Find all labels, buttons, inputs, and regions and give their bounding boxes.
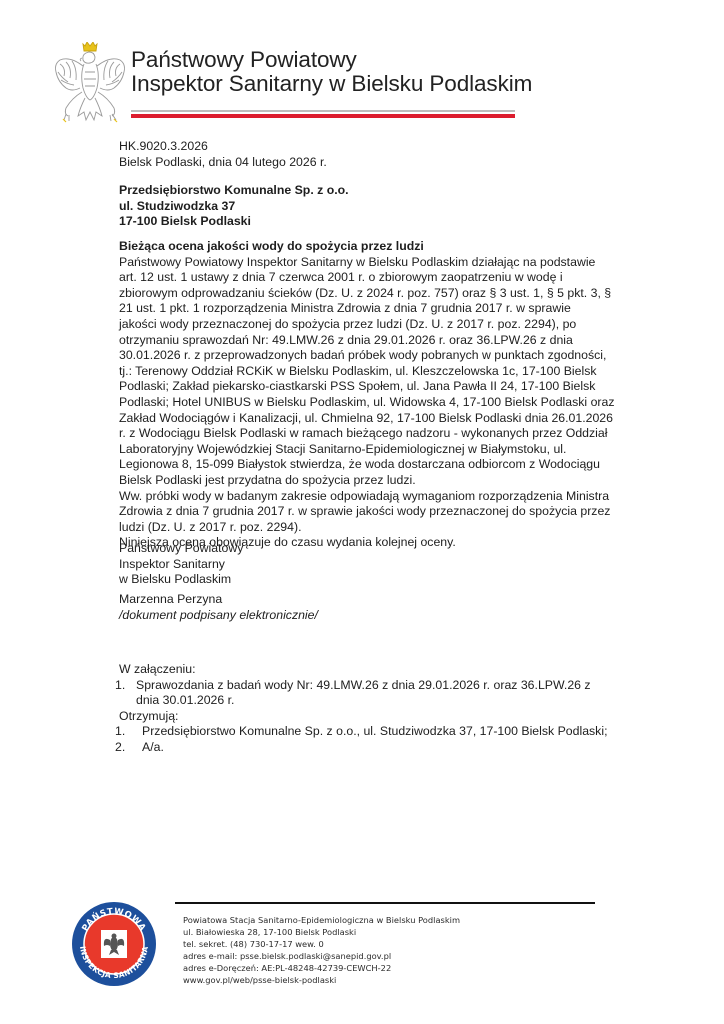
footer-line: adres e-mail: psse.bielsk.podlaski@sanep… bbox=[183, 950, 460, 962]
distribution-text: A/a. bbox=[119, 740, 607, 756]
letter-body: Bieżąca ocena jakości wody do spożycia p… bbox=[119, 239, 615, 551]
body-text-line: art. 12 ust. 1 ustawy z dnia 7 czerwca 2… bbox=[119, 270, 615, 286]
list-item: 2. A/a. bbox=[119, 740, 607, 756]
subject-heading: Bieżąca ocena jakości wody do spożycia p… bbox=[119, 239, 615, 255]
body-text-line: Zakład Wodociągów i Kanalizacji, ul. Chm… bbox=[119, 411, 615, 427]
body-text-line: Państwowy Powiatowy Inspektor Sanitarny … bbox=[119, 255, 615, 271]
body-text-line: Zdrowia z dnia 7 grudnia 2017 r. w spraw… bbox=[119, 504, 615, 520]
e-signature-note: /dokument podpisany elektronicznie/ bbox=[119, 608, 318, 624]
issuer-title-line2: Inspektor Sanitarny w Bielsku Podlaskim bbox=[131, 72, 532, 96]
header-gray-rule bbox=[131, 110, 515, 112]
recipient-name: Przedsiębiorstwo Komunalne Sp. z o.o. bbox=[119, 183, 349, 199]
body-text-line: zbiorowym odprowadzaniu ścieków (Dz. U. … bbox=[119, 286, 615, 302]
attachment-text-line: Sprawozdania z badań wody Nr: 49.LMW.26 … bbox=[119, 678, 607, 694]
recipient-address: Przedsiębiorstwo Komunalne Sp. z o.o. ul… bbox=[119, 183, 349, 230]
list-item: 1. Przedsiębiorstwo Komunalne Sp. z o.o.… bbox=[119, 724, 607, 740]
reference-block: HK.9020.3.2026 Bielsk Podlaski, dnia 04 … bbox=[119, 139, 327, 170]
attachments-section: W załączeniu: 1. Sprawozdania z badań wo… bbox=[119, 662, 607, 756]
issuer-title-line1: Państwowy Powiatowy bbox=[131, 48, 532, 72]
footer-rule bbox=[175, 902, 595, 904]
list-number: 1. bbox=[115, 678, 125, 694]
footer-contact: Powiatowa Stacja Sanitarno-Epidemiologic… bbox=[183, 914, 460, 987]
signature-title: Państwowy Powiatowy Inspektor Sanitarny … bbox=[119, 541, 243, 588]
attachments-heading: W załączeniu: bbox=[119, 662, 607, 678]
body-text-line: Podlaski; Hotel UNIBUS w Bielsku Podlask… bbox=[119, 395, 615, 411]
body-text-line: Ww. próbki wody w badanym zakresie odpow… bbox=[119, 489, 615, 505]
recipient-street: ul. Studziwodzka 37 bbox=[119, 199, 349, 215]
list-number: 2. bbox=[115, 740, 125, 756]
list-number: 1. bbox=[115, 724, 125, 740]
sanitary-inspection-seal-icon: PAŃSTWOWA INSPEKCJA SANITARNA bbox=[70, 900, 158, 988]
polish-eagle-emblem-icon bbox=[52, 42, 128, 128]
attachments-list: 1. Sprawozdania z badań wody Nr: 49.LMW.… bbox=[119, 678, 607, 709]
body-text-line: Laboratoryjny Wojewódzkiej Stacji Sanita… bbox=[119, 442, 615, 458]
body-text-line: ludzi (Dz. U. z 2017 r. poz. 2294). bbox=[119, 520, 615, 536]
attachment-text-line: dnia 30.01.2026 r. bbox=[119, 693, 607, 709]
body-text-line: otrzymaniu sprawozdań Nr: 49.LMW.26 z dn… bbox=[119, 333, 615, 349]
signature-title-line: Inspektor Sanitarny bbox=[119, 557, 243, 573]
signatory-name: Marzenna Perzyna bbox=[119, 592, 318, 608]
body-text-line: 30.01.2026 r. z przeprowadzonych badań p… bbox=[119, 348, 615, 364]
body-text-line: r. z Wodociągu Bielsk Podlaski w ramach … bbox=[119, 426, 615, 442]
issuer-title: Państwowy Powiatowy Inspektor Sanitarny … bbox=[131, 48, 532, 96]
body-text-line: tj.: Terenowy Oddział RCKiK w Bielsku Po… bbox=[119, 364, 615, 380]
list-item: 1. Sprawozdania z badań wody Nr: 49.LMW.… bbox=[119, 678, 607, 709]
header-red-rule bbox=[131, 114, 515, 118]
case-number: HK.9020.3.2026 bbox=[119, 139, 327, 155]
signature-title-line: Państwowy Powiatowy bbox=[119, 541, 243, 557]
footer-line: tel. sekret. (48) 730-17-17 wew. 0 bbox=[183, 938, 460, 950]
footer-line: www.gov.pl/web/psse-bielsk-podlaski bbox=[183, 974, 460, 986]
distribution-text: Przedsiębiorstwo Komunalne Sp. z o.o., u… bbox=[119, 724, 607, 740]
body-text-line: Bielsk Podlaski jest przydatna do spożyc… bbox=[119, 473, 615, 489]
footer-line: adres e-Doręczeń: AE:PL-48248-42739-CEWC… bbox=[183, 962, 460, 974]
distribution-list: 1. Przedsiębiorstwo Komunalne Sp. z o.o.… bbox=[119, 724, 607, 755]
body-text-line: 21 ust. 1 pkt. 1 rozporządzenia Ministra… bbox=[119, 301, 615, 317]
signature-block: Marzenna Perzyna /dokument podpisany ele… bbox=[119, 592, 318, 623]
signature-title-line: w Bielsku Podlaskim bbox=[119, 572, 243, 588]
body-paragraph: Państwowy Powiatowy Inspektor Sanitarny … bbox=[119, 255, 615, 551]
recipient-city: 17-100 Bielsk Podlaski bbox=[119, 214, 349, 230]
body-text-line: Podlaski; Zakład piekarsko-ciastkarski P… bbox=[119, 379, 615, 395]
footer-line: ul. Białowieska 28, 17-100 Bielsk Podlas… bbox=[183, 926, 460, 938]
distribution-heading: Otrzymują: bbox=[119, 709, 607, 725]
place-date: Bielsk Podlaski, dnia 04 lutego 2026 r. bbox=[119, 155, 327, 171]
footer-line: Powiatowa Stacja Sanitarno-Epidemiologic… bbox=[183, 914, 460, 926]
body-text-line: Legionowa 8, 15-099 Białystok stwierdza,… bbox=[119, 457, 615, 473]
body-text-line: jakości wody przeznaczonej do spożycia p… bbox=[119, 317, 615, 333]
